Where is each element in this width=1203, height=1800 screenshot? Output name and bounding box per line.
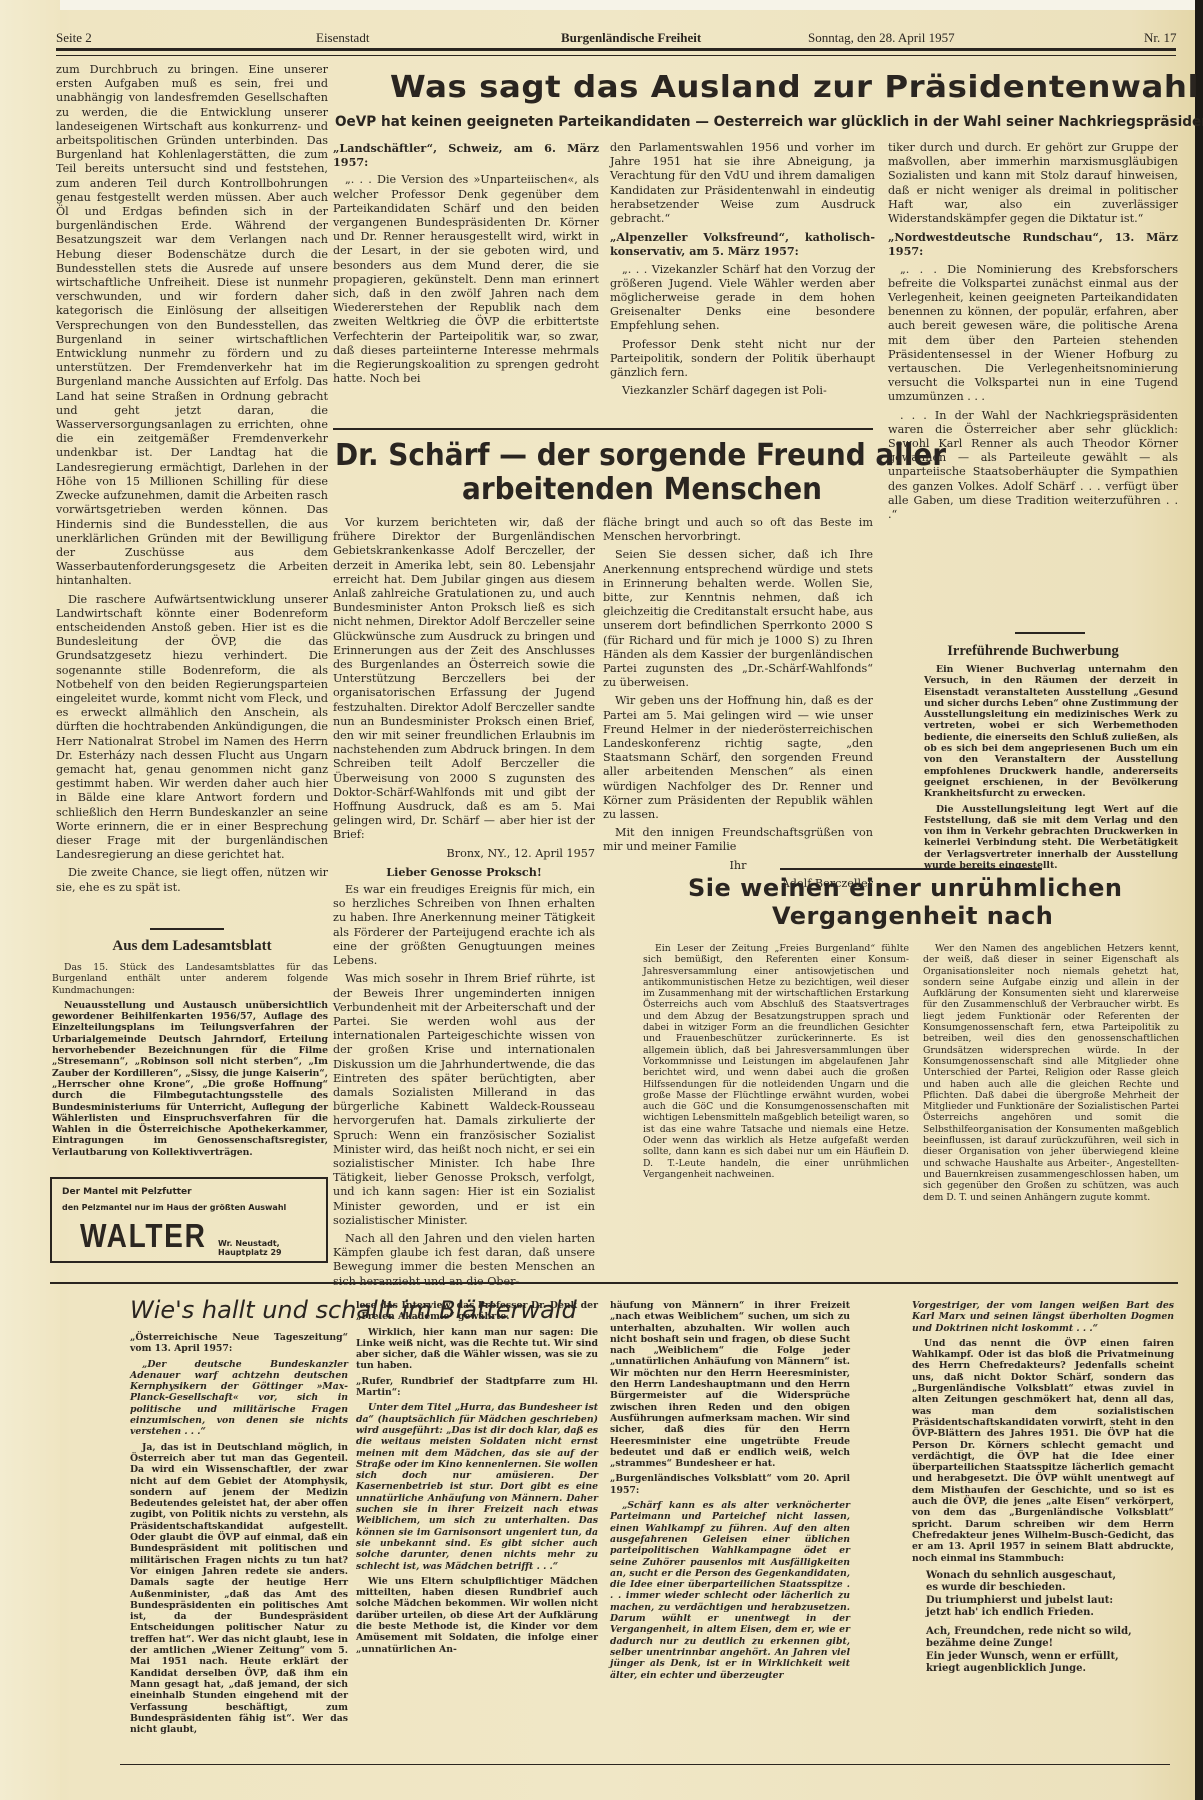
source-citation: „Landschäftler“, Schweiz, am 6. März 195… — [333, 141, 599, 169]
poem-line: es wurde dir beschieden. — [926, 1582, 1174, 1595]
paragraph: häufung von Männern“ in ihrer Freizeit „… — [610, 1300, 850, 1469]
ad-line-1: Der Mantel mit Pelzfutter — [62, 1187, 192, 1197]
scan-right-edge — [1195, 0, 1203, 1800]
ausland-column-2: den Parlamentswahlen 1956 und vorher im … — [610, 141, 875, 402]
paragraph: lese das Interview, das Professor Dr. De… — [356, 1300, 598, 1323]
paragraph: tiker durch und durch. Er gehört zur Gru… — [888, 141, 1178, 226]
buchwerbung-article: Ein Wiener Buchverlag unternahm den Vers… — [924, 664, 1178, 875]
schaerf-headline-line2: arbeitenden Menschen — [462, 472, 822, 507]
paragraph: Nach all den Jahren und den vielen harte… — [333, 1232, 595, 1289]
paragraph: Viezkanzler Schärf dagegen ist Poli- — [610, 384, 875, 398]
dateline: Bronx, NY., 12. April 1957 — [333, 847, 595, 861]
header-rule — [56, 48, 1176, 56]
paragraph: Es war ein freudiges Ereignis für mich, … — [333, 883, 595, 968]
source-citation: „Österreichische Neue Tageszeitung“ vom … — [130, 1332, 348, 1355]
source-citation: „Nordwestdeutsche Rundschau“, 13. März 1… — [888, 230, 1178, 258]
divider — [780, 868, 1042, 870]
paragraph: Wir geben uns der Hoffnung hin, daß es d… — [603, 694, 873, 822]
weinen-paragraph: Wer den Namen des angeblichen Hetzers ke… — [923, 943, 1179, 1203]
quote: „Der deutsche Bundeskanzler Adenauer war… — [130, 1359, 348, 1438]
amtsblatt-intro: Das 15. Stück des Landesamtsblattes für … — [52, 962, 328, 996]
closing: Ihr — [603, 859, 873, 873]
paragraph: Die zweite Chance, sie liegt offen, nütz… — [56, 866, 328, 894]
paragraph: Was mich sosehr in Ihrem Brief rührte, i… — [333, 972, 595, 1228]
paragraph: „. . . Die Nominierung des Krebsforscher… — [888, 263, 1178, 405]
ausland-subheadline: OeVP hat keinen geeigneten Parteikandida… — [335, 114, 1203, 130]
ausland-headline: Was sagt das Ausland zur Präsidentenwahl — [390, 70, 1199, 105]
ad-line-2: den Pelzmantel nur im Haus der größten A… — [62, 1203, 286, 1212]
source-citation: „Rufer, Rundbrief der Stadtpfarre zum Hl… — [356, 1376, 598, 1399]
paragraph: Professor Denk steht nicht nur der Parte… — [610, 338, 875, 381]
paragraph: Seien Sie dessen sicher, daß ich Ihre An… — [603, 548, 873, 690]
newspaper-name: Burgenländische Freiheit — [561, 30, 701, 46]
scan-top-edge — [0, 0, 1203, 10]
divider — [150, 928, 224, 930]
ausland-column-1: „Landschäftler“, Schweiz, am 6. März 195… — [333, 141, 599, 390]
quote: Vorgestriger, der vom langen weißen Bart… — [912, 1300, 1174, 1334]
paragraph: Die raschere Aufwärtsentwicklung unserer… — [56, 593, 328, 863]
walter-advertisement: Der Mantel mit Pelzfutter den Pelzmantel… — [50, 1177, 328, 1263]
paragraph: zum Durchbruch zu bringen. Eine unserer … — [56, 63, 328, 589]
paragraph: fläche bringt und auch so oft das Beste … — [603, 516, 873, 544]
poem-line: Du triumphierst und jubelst laut: — [926, 1595, 1174, 1608]
weinen-paragraph: Ein Leser der Zeitung „Freies Burgenland… — [643, 943, 909, 1180]
quote: „Schärf kann es als alter verknöcherter … — [610, 1500, 850, 1681]
issue-number: Nr. 17 — [1144, 30, 1177, 46]
poem-line: Wonach du sehnlich ausgeschaut, — [926, 1570, 1174, 1583]
left-article: zum Durchbruch zu bringen. Eine unserer … — [56, 63, 328, 899]
amtsblatt-body: Neuausstellung und Austausch unübersicht… — [52, 1000, 328, 1158]
weinen-column-1: Ein Leser der Zeitung „Freies Burgenland… — [643, 943, 909, 1184]
poem-stanza: Wonach du sehnlich ausgeschaut,es wurde … — [926, 1570, 1174, 1620]
paragraph: Die Ausstellungsleitung legt Wert auf di… — [924, 804, 1178, 872]
amtsblatt-article: Das 15. Stück des Landesamtsblattes für … — [52, 962, 328, 1162]
buchwerbung-title: Irreführende Buchwerbung — [888, 643, 1178, 660]
weinen-headline-line2: Vergangenheit nach — [772, 902, 1053, 930]
divider — [333, 428, 873, 430]
weinen-column-2: Wer den Namen des angeblichen Hetzers ke… — [923, 943, 1179, 1207]
ad-brand: WALTER — [80, 1217, 207, 1255]
poem-line: jetzt hab' ich endlich Frieden. — [926, 1607, 1174, 1620]
paragraph: Wie uns Eltern schulpflichtiger Mädchen … — [356, 1576, 598, 1655]
salutation: Lieber Genosse Proksch! — [333, 865, 595, 879]
paragraph: Wirklich, hier kann man nur sagen: Die L… — [356, 1327, 598, 1372]
paragraph: „. . . Die Version des »Unparteiischen«,… — [333, 173, 599, 386]
paragraph: Ein Wiener Buchverlag unternahm den Vers… — [924, 664, 1178, 800]
poem-line: Ein jeder Wunsch, wenn er erfüllt, — [926, 1651, 1174, 1664]
city: Eisenstadt — [316, 30, 369, 46]
divider — [120, 1764, 1170, 1765]
schaerf-headline-line1: Dr. Schärf — der sorgende Freund aller — [335, 438, 946, 473]
source-citation: „Alpenzeller Volksfreund“, katholisch-ko… — [610, 230, 875, 258]
paragraph: Ja, das ist in Deutschland möglich, in Ö… — [130, 1442, 348, 1736]
page-header: Seite 2 Eisenstadt Burgenländische Freih… — [56, 30, 1186, 50]
weinen-headline-line1: Sie weinen einer unrühmlichen — [688, 874, 1123, 902]
schaerf-column-1: Vor kurzem berichteten wir, daß der früh… — [333, 516, 595, 1293]
blaetterwald-column-3: häufung von Männern“ in ihrer Freizeit „… — [610, 1300, 850, 1685]
poem-line: Ach, Freundchen, rede nicht so wild, — [926, 1626, 1174, 1639]
paragraph: Mit den innigen Freundschaftsgrüßen von … — [603, 826, 873, 854]
newspaper-page: Seite 2 Eisenstadt Burgenländische Freih… — [0, 0, 1203, 1800]
poem-line: kriegt augenblicklich Junge. — [926, 1663, 1174, 1676]
divider — [1015, 632, 1085, 634]
source-citation: „Burgenländisches Volksblatt“ vom 20. Ap… — [610, 1473, 850, 1496]
paragraph: den Parlamentswahlen 1956 und vorher im … — [610, 141, 875, 226]
page-number: Seite 2 — [56, 30, 92, 46]
quote: Unter dem Titel „Hurra, das Bundesheer i… — [356, 1402, 598, 1571]
issue-date: Sonntag, den 28. April 1957 — [808, 30, 955, 46]
paragraph: Vor kurzem berichteten wir, daß der früh… — [333, 516, 595, 843]
poem-stanza: Ach, Freundchen, rede nicht so wild,bezä… — [926, 1626, 1174, 1676]
poem-line: bezähme deine Zunge! — [926, 1638, 1174, 1651]
paragraph: Und das nennt die ÖVP einen fairen Wahlk… — [912, 1338, 1174, 1564]
ad-address: Wr. Neustadt, Hauptplatz 29 — [218, 1239, 326, 1257]
paragraph: „. . . Vizekanzler Schärf hat den Vorzug… — [610, 263, 875, 334]
schaerf-column-2: fläche bringt und auch so oft das Beste … — [603, 516, 873, 895]
blaetterwald-column-2: lese das Interview, das Professor Dr. De… — [356, 1300, 598, 1659]
blaetterwald-column-4: Vorgestriger, der vom langen weißen Bart… — [912, 1300, 1174, 1680]
blaetterwald-column-1: „Österreichische Neue Tageszeitung“ vom … — [130, 1332, 348, 1739]
amtsblatt-title: Aus dem Ladesamtsblatt — [56, 938, 328, 955]
